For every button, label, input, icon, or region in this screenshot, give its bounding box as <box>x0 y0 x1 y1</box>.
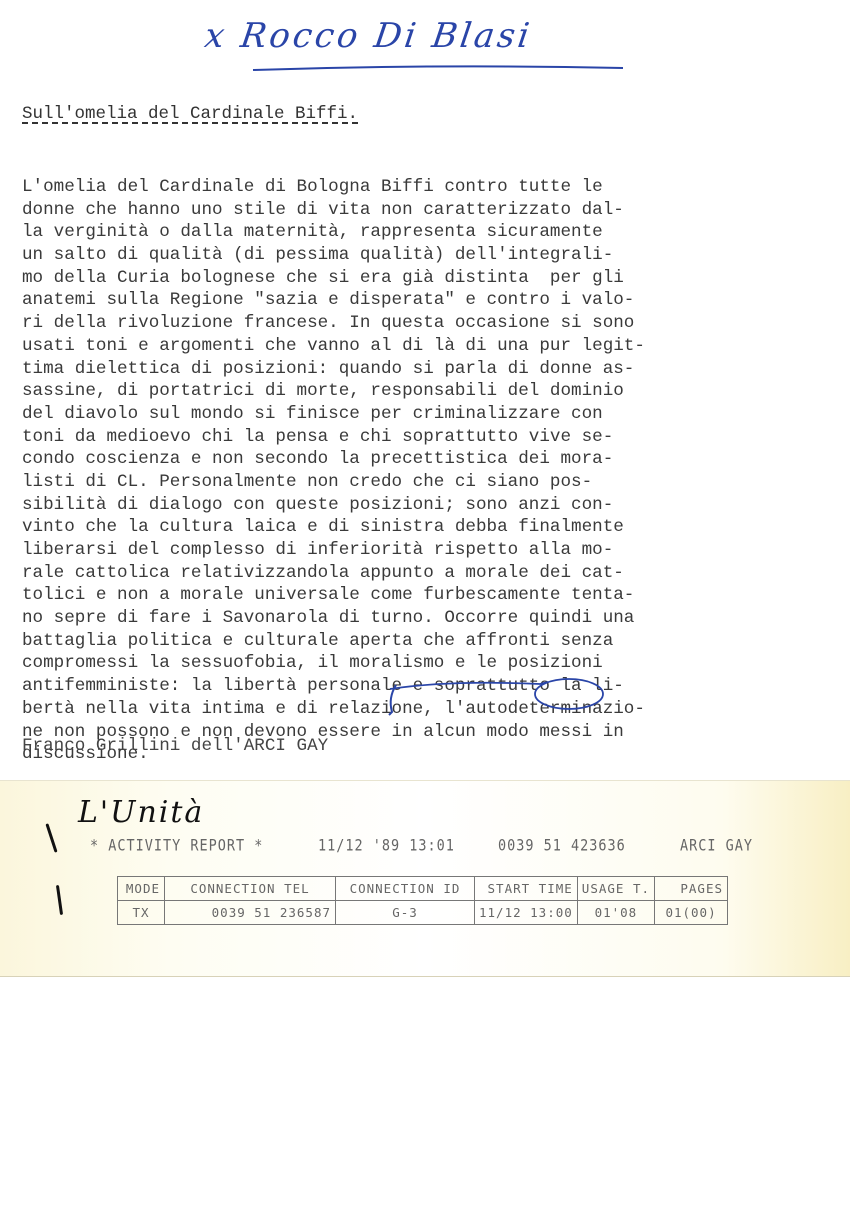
cell-connection-tel: 0039 51 236587 <box>165 901 336 925</box>
body-line: toni da medioevo chi la pensa e chi sopr… <box>22 426 645 449</box>
cell-connection-id: G-3 <box>336 901 475 925</box>
fax-datetime: 11/12 '89 13:01 <box>318 837 455 855</box>
cell-usage-time: 01'08 <box>577 901 654 925</box>
col-connection-id: CONNECTION ID <box>336 877 475 901</box>
body-line: rale cattolica relativizzandola appunto … <box>22 562 645 585</box>
body-line: bertà nella vita intima e di relazione, … <box>22 698 645 721</box>
body-line: mo della Curia bolognese che si era già … <box>22 267 645 290</box>
body-line: vinto che la cultura laica e di sinistra… <box>22 516 645 539</box>
fax-activity-table: MODE CONNECTION TEL CONNECTION ID START … <box>117 876 728 925</box>
body-line: L'omelia del Cardinale di Bologna Biffi … <box>22 176 645 199</box>
col-usage-time: USAGE T. <box>577 877 654 901</box>
body-line: ri della rivoluzione francese. In questa… <box>22 312 645 335</box>
table-header-row: MODE CONNECTION TEL CONNECTION ID START … <box>118 877 728 901</box>
signature: Franco Grillini dell'ARCI GAY <box>22 736 328 756</box>
fax-sender-number: 0039 51 423636 <box>498 837 626 855</box>
document-body: L'omelia del Cardinale di Bologna Biffi … <box>22 176 645 766</box>
col-mode: MODE <box>118 877 165 901</box>
body-line: donne che hanno uno stile di vita non ca… <box>22 199 645 222</box>
fax-sender-name: ARCI GAY <box>680 837 753 855</box>
document-title: Sull'omelia del Cardinale Biffi. <box>22 104 358 124</box>
body-line: un salto di qualità (di pessima qualità)… <box>22 244 645 267</box>
body-line: liberarsi del complesso di inferiorità r… <box>22 539 645 562</box>
col-connection-tel: CONNECTION TEL <box>165 877 336 901</box>
body-line: tima dielettica di posizioni: quando si … <box>22 358 645 381</box>
cell-pages: 01(00) <box>655 901 728 925</box>
cell-mode: TX <box>118 901 165 925</box>
body-line: tolici e non a morale universale come fu… <box>22 584 645 607</box>
fax-handwritten-note: L'Unità <box>78 795 204 830</box>
body-line: sassine, di portatrici di morte, respons… <box>22 380 645 403</box>
body-line: antifemministe: la libertà personale e s… <box>22 675 645 698</box>
fax-activity-report: L'Unità * ACTIVITY REPORT * 11/12 '89 13… <box>0 780 850 977</box>
body-line: usati toni e argomenti che vanno al di l… <box>22 335 645 358</box>
handwritten-underline <box>205 12 625 74</box>
body-line: compromessi la sessuofobia, il moralismo… <box>22 652 645 675</box>
table-row: TX 0039 51 236587 G-3 11/12 13:00 01'08 … <box>118 901 728 925</box>
body-line: listi di CL. Personalmente non credo che… <box>22 471 645 494</box>
margin-mark <box>56 885 63 915</box>
cell-start-time: 11/12 13:00 <box>475 901 578 925</box>
fax-report-label: * ACTIVITY REPORT * <box>90 837 263 855</box>
body-line: battaglia politica e culturale aperta ch… <box>22 630 645 653</box>
margin-mark <box>45 823 57 852</box>
handwritten-note-top: x Rocco Di Blasi <box>205 12 625 74</box>
col-pages: PAGES <box>655 877 728 901</box>
body-line: la verginità o dalla maternità, rapprese… <box>22 221 645 244</box>
body-line: anatemi sulla Regione "sazia e disperata… <box>22 289 645 312</box>
body-line: sibilità di dialogo con queste posizioni… <box>22 494 645 517</box>
body-line: no sepre di fare i Savonarola di turno. … <box>22 607 645 630</box>
body-line: del diavolo sul mondo si finisce per cri… <box>22 403 645 426</box>
col-start-time: START TIME <box>475 877 578 901</box>
body-line: condo coscienza e non secondo la precett… <box>22 448 645 471</box>
